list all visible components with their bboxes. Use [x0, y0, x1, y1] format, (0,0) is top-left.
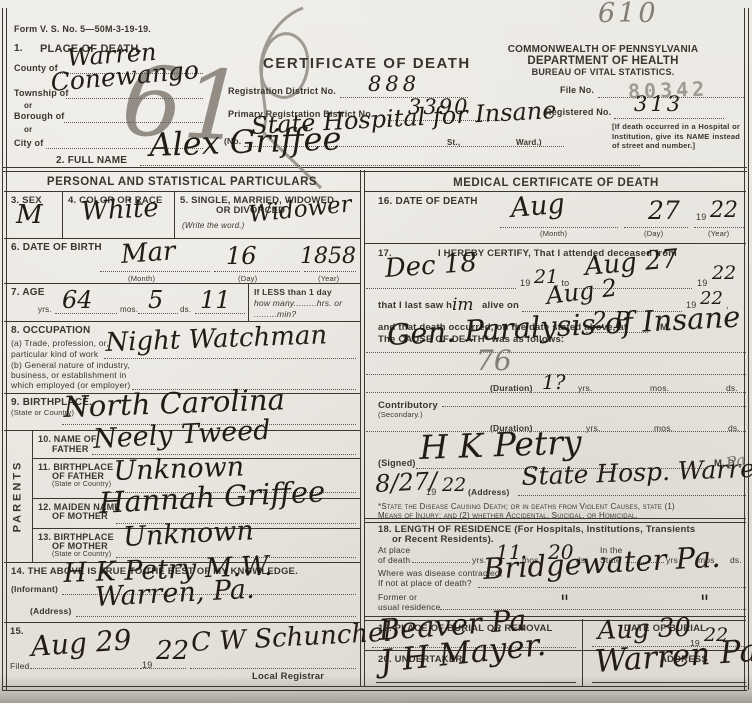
race-value: White: [80, 193, 159, 227]
commonwealth-line: COMMONWEALTH OF PENNSYLVANIA: [470, 44, 736, 55]
certify-from-year-pre: 19: [520, 278, 530, 288]
dod-year-value: 22: [710, 198, 738, 223]
sign-year-pre: 19: [426, 487, 436, 497]
bottom-border: [2, 686, 747, 691]
informant-address-line: [76, 616, 356, 617]
registered-no-label: Registered No.: [545, 107, 611, 117]
pencil-top-number: 610: [598, 0, 659, 29]
filed-date-value: Aug 29: [30, 623, 133, 663]
age-note1: If LESS than 1 day: [254, 287, 332, 297]
in-state-ds: ds.: [730, 555, 742, 565]
occ-a-line: [104, 358, 356, 359]
full-name-value: Alex Griffee: [149, 119, 342, 164]
dob-year-value: 1858: [300, 244, 356, 269]
footnote-line1: *State the Disease Causing Death; or in …: [378, 502, 675, 511]
secondary-label: (Secondary.): [378, 410, 423, 419]
left-section-header: PERSONAL AND STATISTICAL PARTICULARS: [8, 176, 356, 188]
death-certificate-scan: 610 61 Form V. S. No. 5—50M-3-19-19. 1. …: [0, 0, 752, 703]
saw-label1: that I last saw h: [378, 300, 452, 311]
dod-month-cap: (Month): [540, 229, 567, 238]
dod-label: 16. DATE OF DEATH: [378, 196, 478, 207]
informant-label: (Informant): [11, 584, 58, 594]
hospital-note: [If death occurred in a Hospital or Inst…: [612, 122, 740, 151]
registered-no-line: [614, 118, 724, 119]
dob-label: 6. DATE OF BIRTH: [11, 242, 102, 253]
sign-address-label: (Address): [468, 487, 509, 497]
left-header-rule: [4, 191, 360, 192]
mother-bp-value: Unknown: [122, 515, 254, 553]
contracted-label2: If not at place of death?: [378, 578, 472, 588]
rule-under-dob: [4, 283, 360, 284]
duration-value: 1?: [542, 370, 565, 394]
former-ditto2: ": [700, 590, 709, 614]
sign-address-line: [518, 495, 746, 496]
age-ds-value: 11: [200, 286, 231, 314]
undertaker-address-line: [592, 682, 746, 683]
certify-from-date: Dec 18: [384, 248, 478, 284]
place-of-death-sec: 1.: [14, 43, 23, 54]
age-subbox-divider: [248, 283, 249, 321]
former-label1: Former or: [378, 592, 417, 602]
occ-b2: business, or establishment in: [11, 370, 126, 380]
occ-b1: (b) General nature of industry,: [11, 360, 130, 370]
marital-hint: (Write the word.): [182, 221, 245, 230]
age-mos-label: mos.: [120, 305, 138, 314]
certify-to-year-pre: 19: [697, 278, 707, 288]
informant-address-label: (Address): [30, 606, 71, 616]
reg-district-value: 888: [368, 72, 420, 96]
certificate-title: CERTIFICATE OF DEATH: [263, 55, 471, 72]
certify-to-year: 22: [712, 262, 736, 284]
burial-column-divider: [582, 619, 583, 686]
registered-no-value: 313: [634, 92, 683, 116]
age-note2: how many.........hrs. or: [254, 298, 342, 308]
department-line: DEPARTMENT OF HEALTH: [470, 55, 736, 67]
sex-value: M: [16, 200, 43, 230]
age-ds-label: ds.: [180, 305, 191, 314]
age-note3: .........min?: [254, 309, 296, 319]
age-label: 7. AGE: [11, 287, 45, 298]
file-no-label: File No.: [560, 85, 594, 95]
bureau-line: BUREAU OF VITAL STATISTICS.: [470, 67, 736, 77]
cause-line1: [366, 352, 746, 353]
borough-label: Borough of: [14, 111, 65, 121]
rule-under-dod: [365, 243, 746, 244]
dob-day-cap: (Day): [238, 274, 257, 283]
filed-label: Filed: [10, 661, 29, 671]
borough-line: [64, 122, 203, 123]
or1-label: or: [24, 101, 32, 110]
st-label: St.,: [447, 138, 460, 147]
sign-year: 22: [442, 474, 466, 496]
right-section-header: MEDICAL CERTIFICATE OF DEATH: [368, 177, 744, 189]
left-border: [2, 8, 7, 690]
dod-day-line: [624, 227, 688, 228]
parents-label: PARENTS: [11, 460, 23, 533]
dod-day-value: 27: [648, 196, 680, 225]
sec15-label: 15.: [10, 626, 24, 637]
form-number: Form V. S. No. 5—50M-3-19-19.: [14, 24, 151, 34]
saw-label2: alive on: [482, 300, 519, 311]
registrar-label: Local Registrar: [252, 671, 324, 682]
column-divider: [360, 170, 365, 686]
father-label2: FATHER: [52, 444, 89, 454]
occupation-label: 8. OCCUPATION: [11, 325, 90, 336]
at-place-label1: At place: [378, 545, 410, 555]
father-bp-label2: OF FATHER: [52, 471, 104, 481]
ward-label: Ward.): [516, 138, 542, 147]
signed-label: (Signed): [378, 458, 416, 468]
father-label1: 10. NAME OF: [38, 434, 97, 444]
full-name-label: 2. FULL NAME: [56, 155, 127, 166]
race-marital-divider: [174, 191, 175, 238]
reg-district-label: Registration District No.: [228, 86, 336, 96]
dob-day-line: [214, 271, 300, 272]
occ-a2: particular kind of work: [11, 349, 98, 359]
dod-year-line: [694, 227, 744, 228]
dod-year-cap: (Year): [708, 229, 729, 238]
dob-year-cap: (Year): [318, 274, 339, 283]
duration-line: [366, 392, 746, 393]
full-name-line: [140, 165, 640, 166]
occ-a1: (a) Trade, profession, or,: [11, 338, 109, 348]
contracted-line: [478, 587, 746, 588]
dob-month-line: [100, 271, 210, 272]
residence-title2: or Recent Residents).: [392, 534, 494, 545]
rule-under-row345: [4, 238, 360, 239]
age-mos-value: 5: [148, 286, 163, 314]
mother-bp-label2: OF MOTHER: [52, 541, 108, 551]
or2-label: or: [24, 125, 32, 134]
occ-a-value: Night Watchman: [105, 320, 328, 358]
age-yrs-value: 64: [62, 286, 93, 314]
former-ditto1: ": [560, 590, 569, 614]
dob-month-cap: (Month): [128, 274, 155, 283]
pencil-duration-note: 76: [476, 344, 512, 377]
contributory-line: [442, 406, 746, 407]
filed-year-line: [140, 668, 186, 669]
dob-month-value: Mar: [120, 236, 177, 270]
city-label: City of: [14, 138, 43, 148]
dod-month-line: [500, 227, 618, 228]
saw-him: im: [452, 295, 474, 315]
registrar-sig-line: [190, 668, 356, 669]
dob-year-line: [304, 271, 356, 272]
filed-year-value: 22: [156, 636, 189, 666]
township-line: [66, 98, 203, 99]
dod-month-value: Aug: [509, 188, 566, 224]
top-section-divider: [2, 167, 747, 172]
dob-day-value: 16: [226, 242, 257, 270]
parents-strip-divider: [32, 430, 33, 562]
at-place-label2: of death: [378, 555, 410, 565]
certify-from-line: [366, 288, 516, 289]
rule-under-certify: [365, 518, 746, 523]
at-place-yrs-line: [412, 562, 470, 563]
dod-year-pre: 19: [696, 212, 706, 222]
age-yrs-label: yrs.: [38, 305, 52, 314]
sex-race-divider: [62, 191, 63, 238]
filed-date-line: [30, 668, 138, 669]
undertaker-line: [376, 682, 576, 683]
dod-day-cap: (Day): [644, 229, 663, 238]
